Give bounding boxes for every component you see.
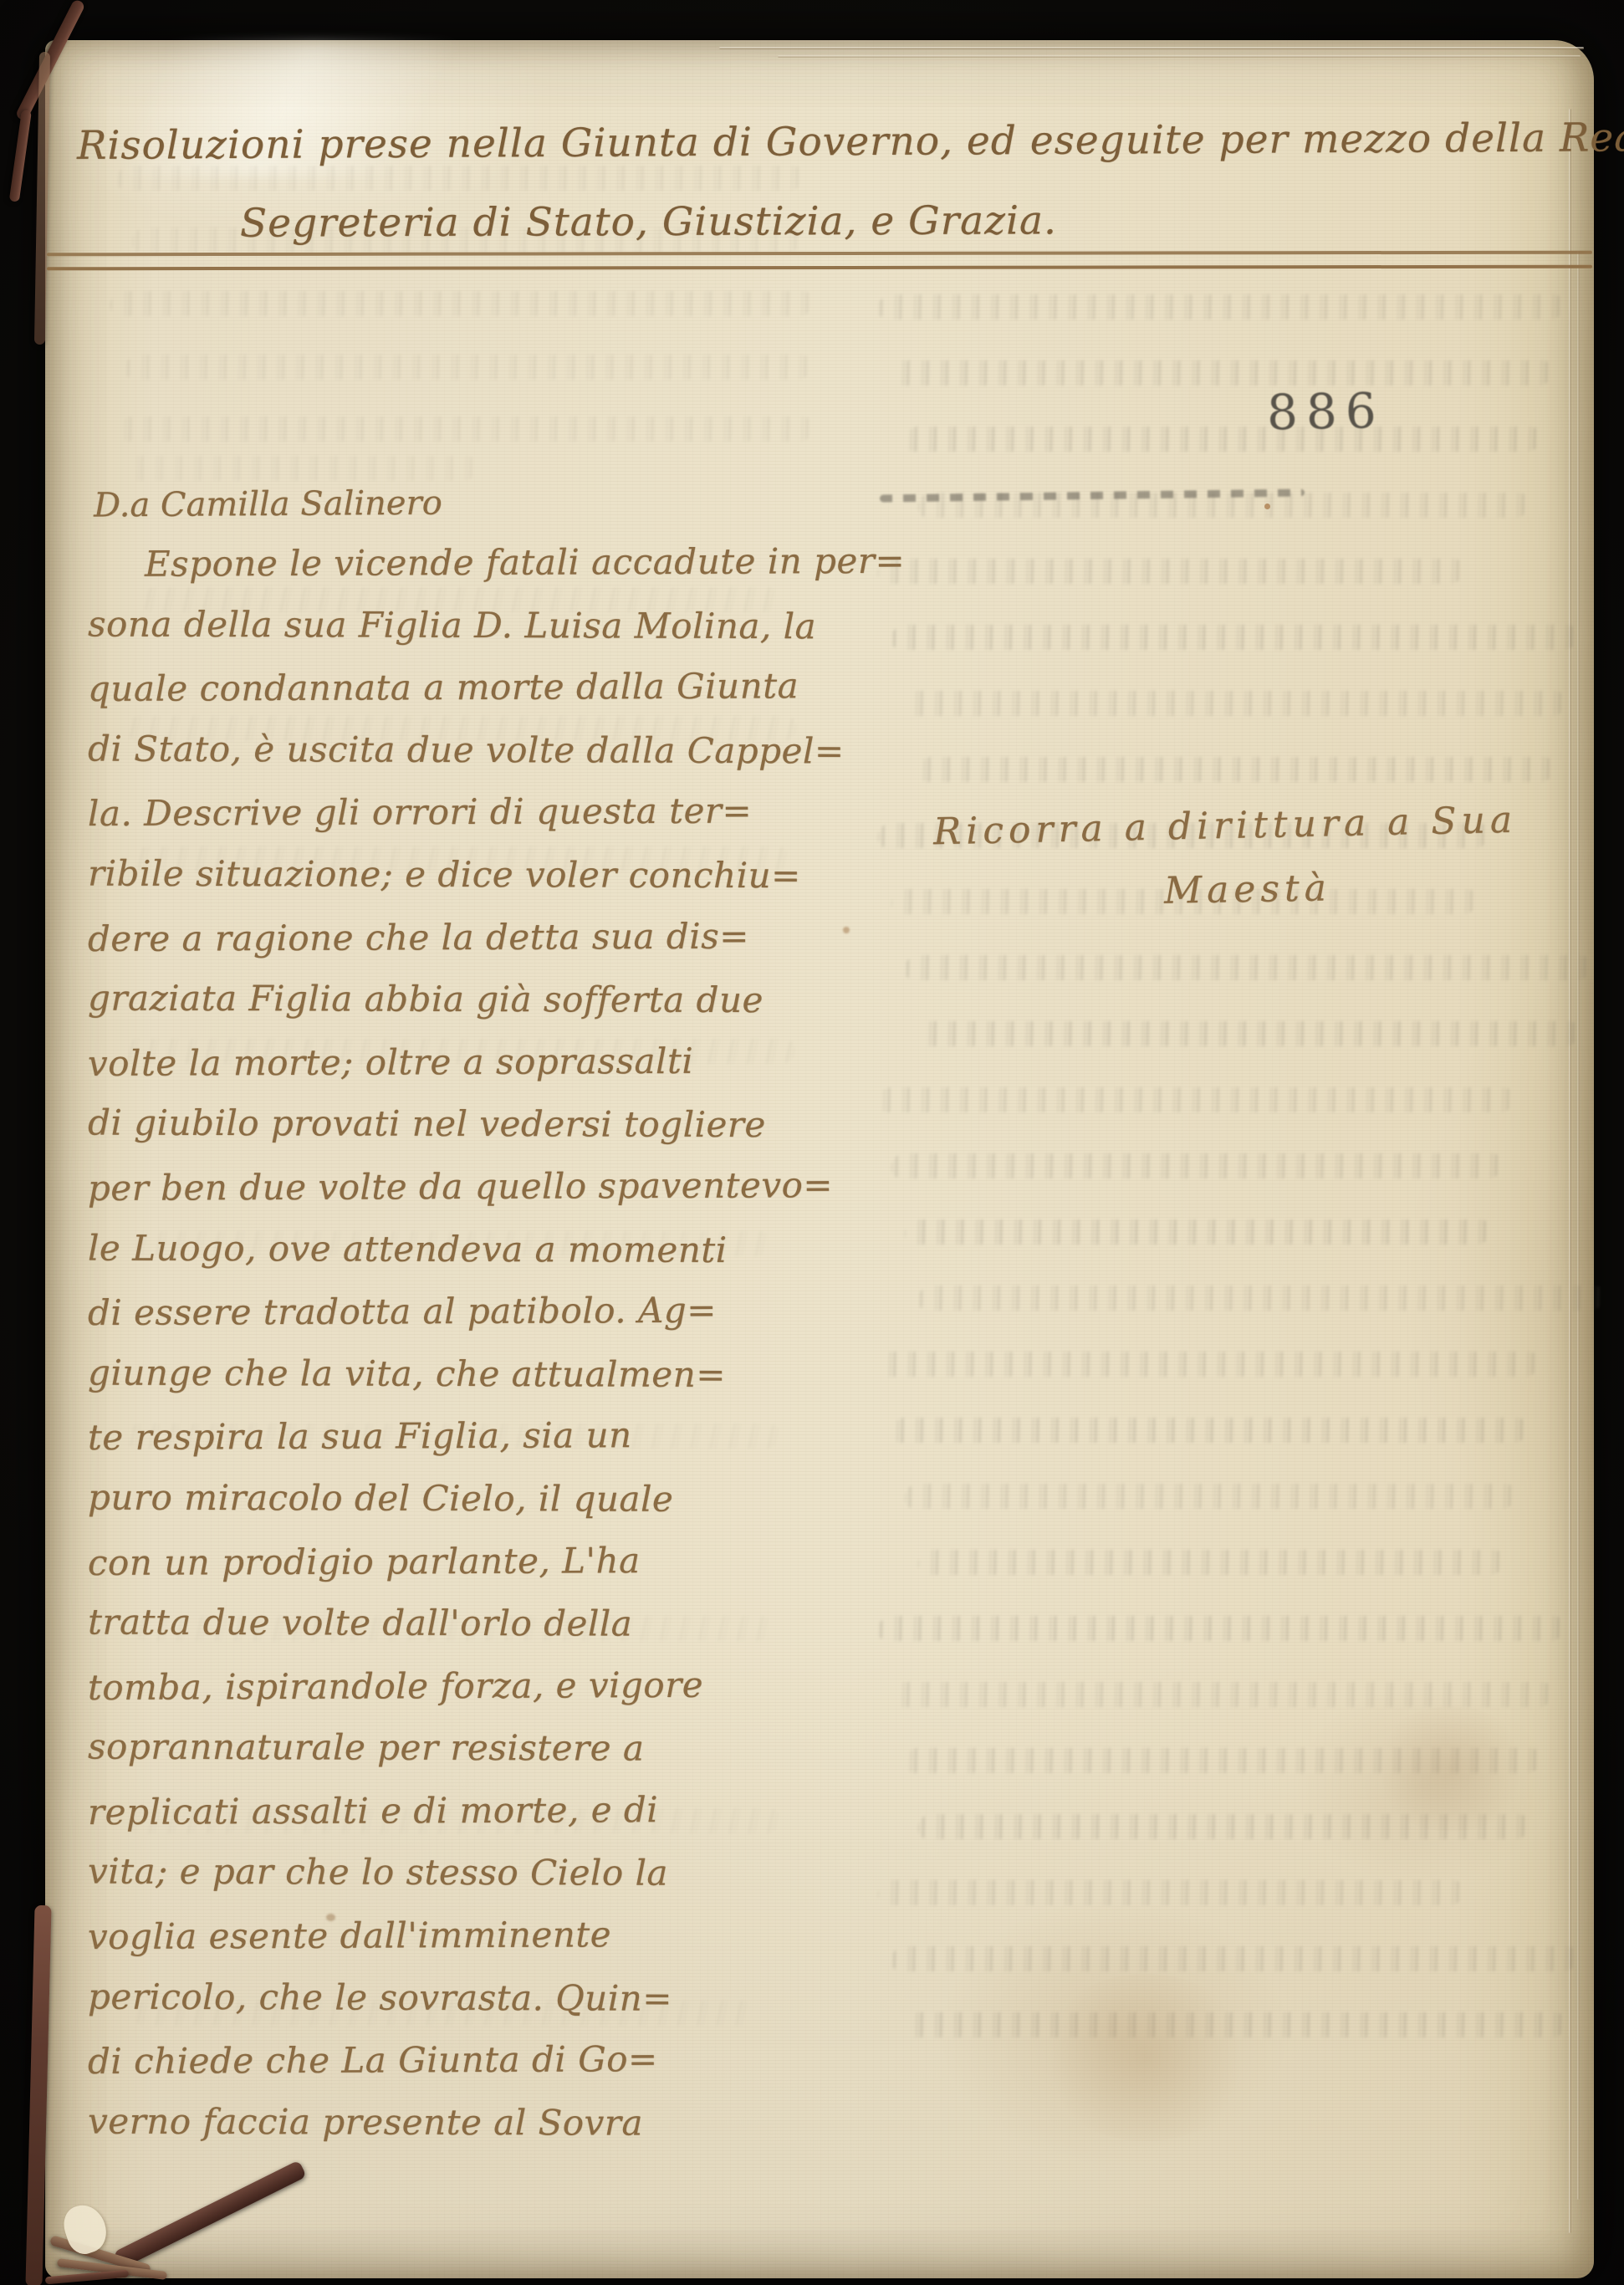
petition-line: tomba, ispirandole forza, e vigore bbox=[88, 1664, 866, 1730]
petition-line: con un prodigio parlante, L'ha bbox=[88, 1538, 866, 1604]
petition-line: ribile situazione; e dice voler conchiu= bbox=[88, 853, 866, 918]
binding-ribbon-top-left bbox=[9, 110, 32, 202]
petition-line: pericolo, che le sovrasta. Quin= bbox=[88, 1976, 866, 2041]
petition-line: di Stato, è uscita due volte dalla Cappe… bbox=[88, 728, 866, 793]
marginal-note-line2: Maestà bbox=[1164, 866, 1332, 912]
archive-stamp-number: 886 bbox=[1266, 382, 1385, 441]
page-stack-edge-right bbox=[1577, 251, 1580, 2200]
petition-line: tratta due volte dall'orlo della bbox=[88, 1602, 866, 1667]
petitioner-name: D.a Camilla Salinero bbox=[94, 484, 442, 525]
petition-line: Espone le vicende fatali accadute in per… bbox=[88, 540, 866, 606]
petition-line: puro miracolo del Cielo, il quale bbox=[88, 1476, 866, 1541]
petition-line: verno faccia presente al Sovra bbox=[88, 2100, 866, 2165]
petition-line: quale condannata a morte dalla Giunta bbox=[88, 665, 866, 731]
petition-line: le Luogo, ove attendeva a momenti bbox=[88, 1227, 866, 1292]
petition-line: di essere tradotta al patibolo. Ag= bbox=[88, 1289, 866, 1355]
petition-line: graziata Figlia abbia già sofferta due bbox=[88, 978, 866, 1043]
page-stack-edge-top bbox=[778, 55, 1581, 58]
petition-line: soprannaturale per resistere a bbox=[88, 1726, 866, 1792]
page-stack-edge-top bbox=[719, 47, 1584, 49]
petition-line: giunge che la vita, che attualmen= bbox=[88, 1352, 866, 1417]
petition-line: sona della sua Figlia D. Luisa Molina, l… bbox=[88, 603, 866, 668]
petition-line: voglia esente dall'imminente bbox=[88, 1913, 866, 1979]
petition-line: per ben due volte da quello spaventevo= bbox=[88, 1164, 866, 1230]
document-title-line2: Segreteria di Stato, Giustizia, e Grazia… bbox=[240, 197, 1057, 246]
petition-line: volte la morte; oltre a soprassalti bbox=[88, 1040, 866, 1106]
petition-line: replicati assalti e di morte, e di bbox=[88, 1788, 866, 1854]
petition-body: Espone le vicende fatali accadute in per… bbox=[88, 542, 866, 2164]
petition-line: di chiede che La Giunta di Go= bbox=[88, 2037, 866, 2104]
petition-line: di giubilo provati nel vedersi togliere bbox=[88, 1102, 866, 1168]
petition-line: te respira la sua Figlia, sia un bbox=[88, 1413, 866, 1480]
photograph-background: { "document": { "stamp_number": "886", "… bbox=[0, 0, 1624, 2285]
document-title-line1: Risoluzioni prese nella Giunta di Govern… bbox=[77, 115, 1624, 169]
petition-line: la. Descrive gli orrori di questa ter= bbox=[88, 790, 866, 856]
petition-line: vita; e par che lo stesso Cielo la bbox=[88, 1851, 866, 1916]
page-stack-edge-right bbox=[1569, 109, 1571, 2233]
petition-line: dere a ragione che la detta sua dis= bbox=[88, 915, 866, 981]
